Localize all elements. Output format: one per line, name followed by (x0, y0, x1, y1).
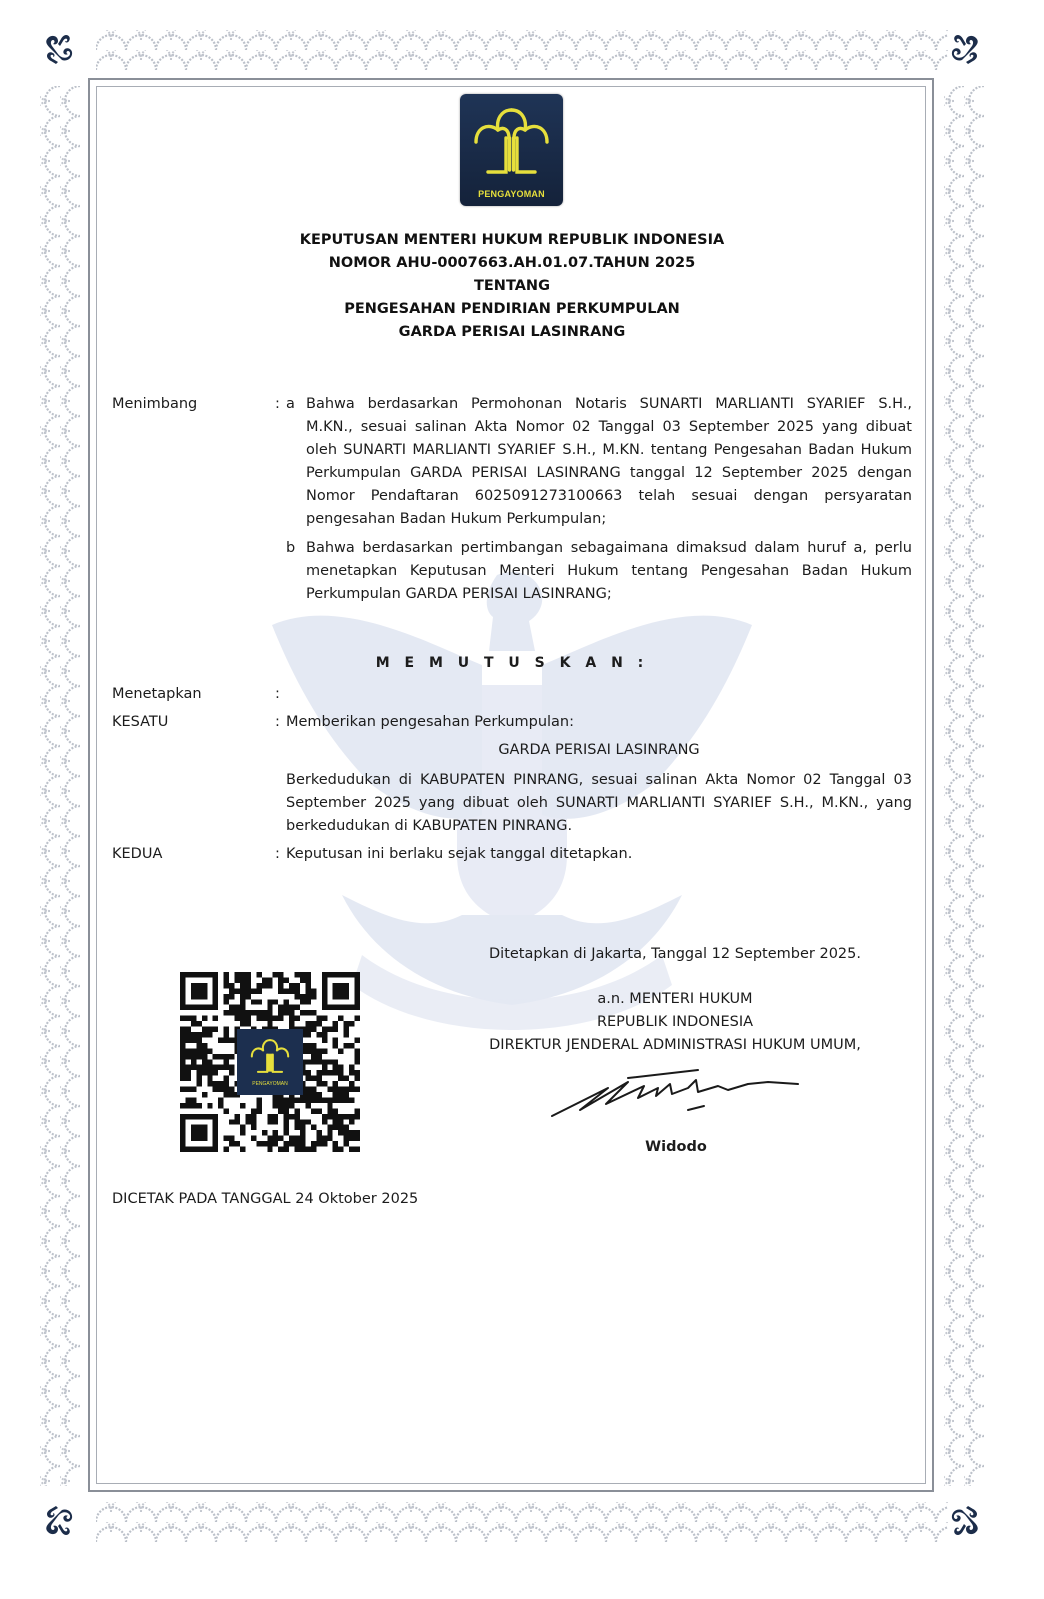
scallop-pattern-icon (96, 30, 948, 70)
ornament-border-bottom (96, 1502, 948, 1542)
title-line-5: GARDA PERISAI LASINRANG (200, 321, 824, 344)
title-line-3: TENTANG (200, 275, 824, 298)
item-marker-a: a (286, 393, 295, 416)
scallop-pattern-icon (96, 1502, 948, 1542)
qr-logo-caption: PENGAYOMAN (237, 1081, 303, 1087)
title-line-4: PENGESAHAN PENDIRIAN PERKUMPULAN (200, 298, 824, 321)
menimbang-item-b: Bahwa berdasarkan pertimbangan sebagaima… (306, 537, 912, 606)
printed-date: DICETAK PADA TANGGAL 24 Oktober 2025 (112, 1188, 418, 1211)
signatory-name: Widodo (560, 1136, 792, 1159)
signature-icon (548, 1066, 804, 1122)
ornament-border-right (944, 86, 984, 1486)
menetapkan-colon: : (275, 683, 280, 706)
menimbang-colon: : (275, 393, 280, 416)
flourish-icon (44, 1502, 80, 1538)
ornament-border-left (40, 86, 80, 1486)
verification-qr-code[interactable]: PENGAYOMAN (180, 972, 360, 1152)
signatory-title: a.n. MENTERI HUKUM REPUBLIK INDONESIA DI… (480, 988, 870, 1057)
organization-name: GARDA PERISAI LASINRANG (286, 739, 912, 762)
handwritten-signature (548, 1066, 804, 1122)
logo-caption: PENGAYOMAN (460, 189, 563, 199)
menimbang-item-a: Bahwa berdasarkan Permohonan Notaris SUN… (306, 393, 912, 531)
kedua-text: Keputusan ini berlaku sejak tanggal dite… (286, 843, 632, 866)
flourish-icon (44, 32, 80, 68)
corner-ornament-bottom-left (44, 1502, 80, 1538)
pengayoman-emblem-icon (247, 1035, 293, 1077)
corner-ornament-top-right (944, 32, 980, 68)
memutuskan-heading: M E M U T U S K A N : (200, 655, 824, 671)
corner-ornament-bottom-right (944, 1502, 980, 1538)
ornament-border-top (96, 30, 948, 70)
scallop-pattern-icon (40, 86, 80, 1486)
flourish-icon (944, 32, 980, 68)
title-line-1: KEPUTUSAN MENTERI HUKUM REPUBLIK INDONES… (200, 229, 824, 252)
document-title: KEPUTUSAN MENTERI HUKUM REPUBLIK INDONES… (200, 229, 824, 344)
title-line-2: NOMOR AHU-0007663.AH.01.07.TAHUN 2025 (200, 252, 824, 275)
kesatu-label: KESATU (112, 711, 168, 734)
kedua-label: KEDUA (112, 843, 162, 866)
kesatu-detail: Berkedudukan di KABUPATEN PINRANG, sesua… (286, 769, 912, 838)
kesatu-text: Memberikan pengesahan Perkumpulan: (286, 711, 574, 734)
kedua-colon: : (275, 843, 280, 866)
flourish-icon (944, 1502, 980, 1538)
menetapkan-label: Menetapkan (112, 683, 202, 706)
signing-place-date: Ditetapkan di Jakarta, Tanggal 12 Septem… (480, 943, 870, 966)
pengayoman-logo: PENGAYOMAN (460, 94, 563, 206)
menimbang-label: Menimbang (112, 393, 197, 416)
kesatu-colon: : (275, 711, 280, 734)
corner-ornament-top-left (44, 32, 80, 68)
pengayoman-emblem-icon (468, 100, 555, 182)
item-marker-b: b (286, 537, 295, 560)
scallop-pattern-icon (944, 86, 984, 1486)
qr-center-logo: PENGAYOMAN (237, 1029, 303, 1095)
